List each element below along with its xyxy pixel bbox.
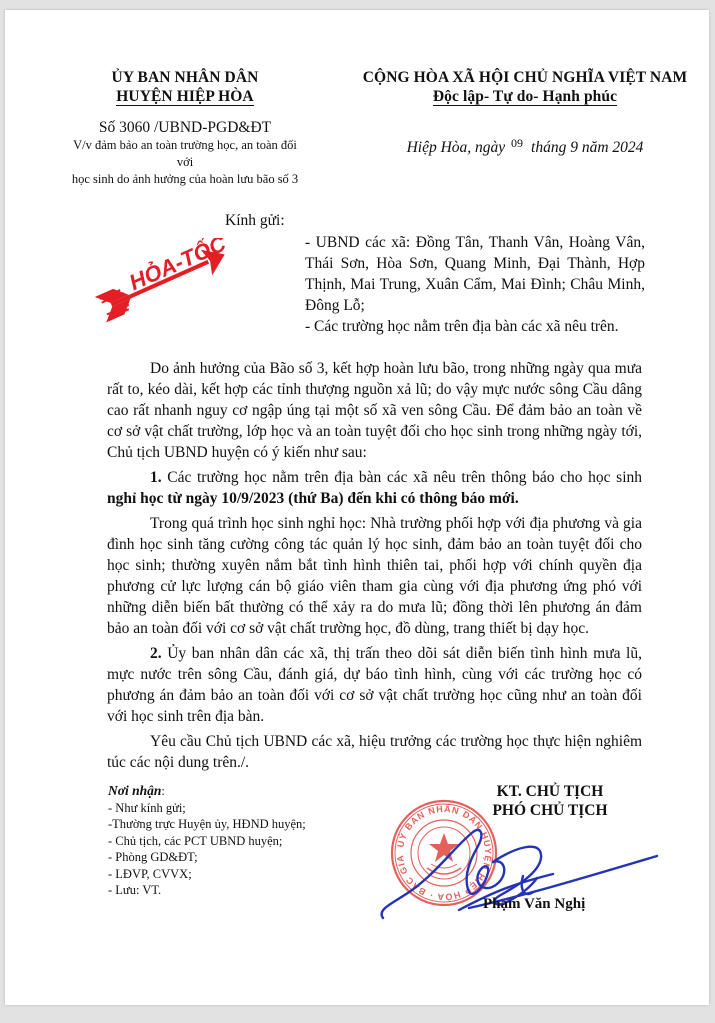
issue-day: 09	[511, 136, 523, 150]
org-name: ỦY BAN NHÂN DÂN	[65, 68, 305, 87]
handwritten-signature	[373, 818, 673, 933]
subject-line-1: V/v đảm bảo an toàn trường học, an toàn …	[65, 137, 305, 171]
closing-paragraph: Yêu cầu Chủ tịch UBND các xã, hiệu trưởn…	[107, 731, 642, 773]
subject-line-2: học sinh do ảnh hưởng của hoàn lưu bão s…	[65, 171, 305, 188]
item-2-paragraph: 2. Ủy ban nhân dân các xã, thị trấn theo…	[107, 643, 642, 727]
distribution-item: -Thường trực Huyện ủy, HĐND huyện;	[108, 816, 306, 833]
recipient-item: - Các trường học nằm trên địa bàn các xã…	[305, 316, 645, 337]
item-1-paragraph: 1. Các trường học nằm trên địa bàn các x…	[107, 467, 642, 509]
distribution-block: Nơi nhận: - Như kính gửi; -Thường trực H…	[108, 783, 306, 899]
signature-title-block: KT. CHỦ TỊCH PHÓ CHỦ TỊCH	[450, 782, 650, 820]
org-district: HUYỆN HIỆP HÒA	[116, 88, 253, 106]
urgent-stamp: HỎA-TỐC	[93, 238, 233, 333]
distribution-item: - Chủ tịch, các PCT UBND huyện;	[108, 833, 306, 850]
distribution-title: Nơi nhận	[108, 783, 161, 798]
issuing-org-block: ỦY BAN NHÂN DÂN HUYỆN HIỆP HÒA Số 3060 /…	[65, 68, 305, 188]
distribution-item: - Lưu: VT.	[108, 882, 306, 899]
item-1-detail-paragraph: Trong quá trình học sinh nghỉ học: Nhà t…	[107, 513, 642, 639]
intro-paragraph: Do ảnh hưởng của Bão số 3, kết hợp hoàn …	[107, 358, 642, 463]
recipients-list: - UBND các xã: Đồng Tân, Thanh Vân, Hoàn…	[305, 232, 645, 337]
distribution-item: - Phòng GD&ĐT;	[108, 849, 306, 866]
national-motto-block: CỘNG HÒA XÃ HỘI CHỦ NGHĨA VIỆT NAM Độc l…	[340, 68, 710, 157]
document-number: Số 3060 /UBND-PGD&ĐT	[65, 118, 305, 137]
recipient-item: - UBND các xã: Đồng Tân, Thanh Vân, Hoàn…	[305, 232, 645, 316]
signature-title-line1: KT. CHỦ TỊCH	[450, 782, 650, 801]
issue-date: Hiệp Hòa, ngày 09tháng 9 năm 2024	[340, 136, 710, 157]
distribution-item: - Như kính gửi;	[108, 800, 306, 817]
document-body: Do ảnh hưởng của Bão số 3, kết hợp hoàn …	[107, 358, 642, 777]
signer-name: Phạm Văn Nghị	[483, 896, 585, 913]
nation-name: CỘNG HÒA XÃ HỘI CHỦ NGHĨA VIỆT NAM	[340, 68, 710, 87]
item-1-highlight: nghỉ học từ ngày 10/9/2023 (thứ Ba) đến …	[107, 490, 519, 507]
distribution-item: - LĐVP, CVVX;	[108, 866, 306, 883]
nation-motto: Độc lập- Tự do- Hạnh phúc	[433, 88, 617, 106]
recipients-label: Kính gửi:	[225, 212, 285, 230]
document-page: ỦY BAN NHÂN DÂN HUYỆN HIỆP HÒA Số 3060 /…	[5, 10, 709, 1005]
